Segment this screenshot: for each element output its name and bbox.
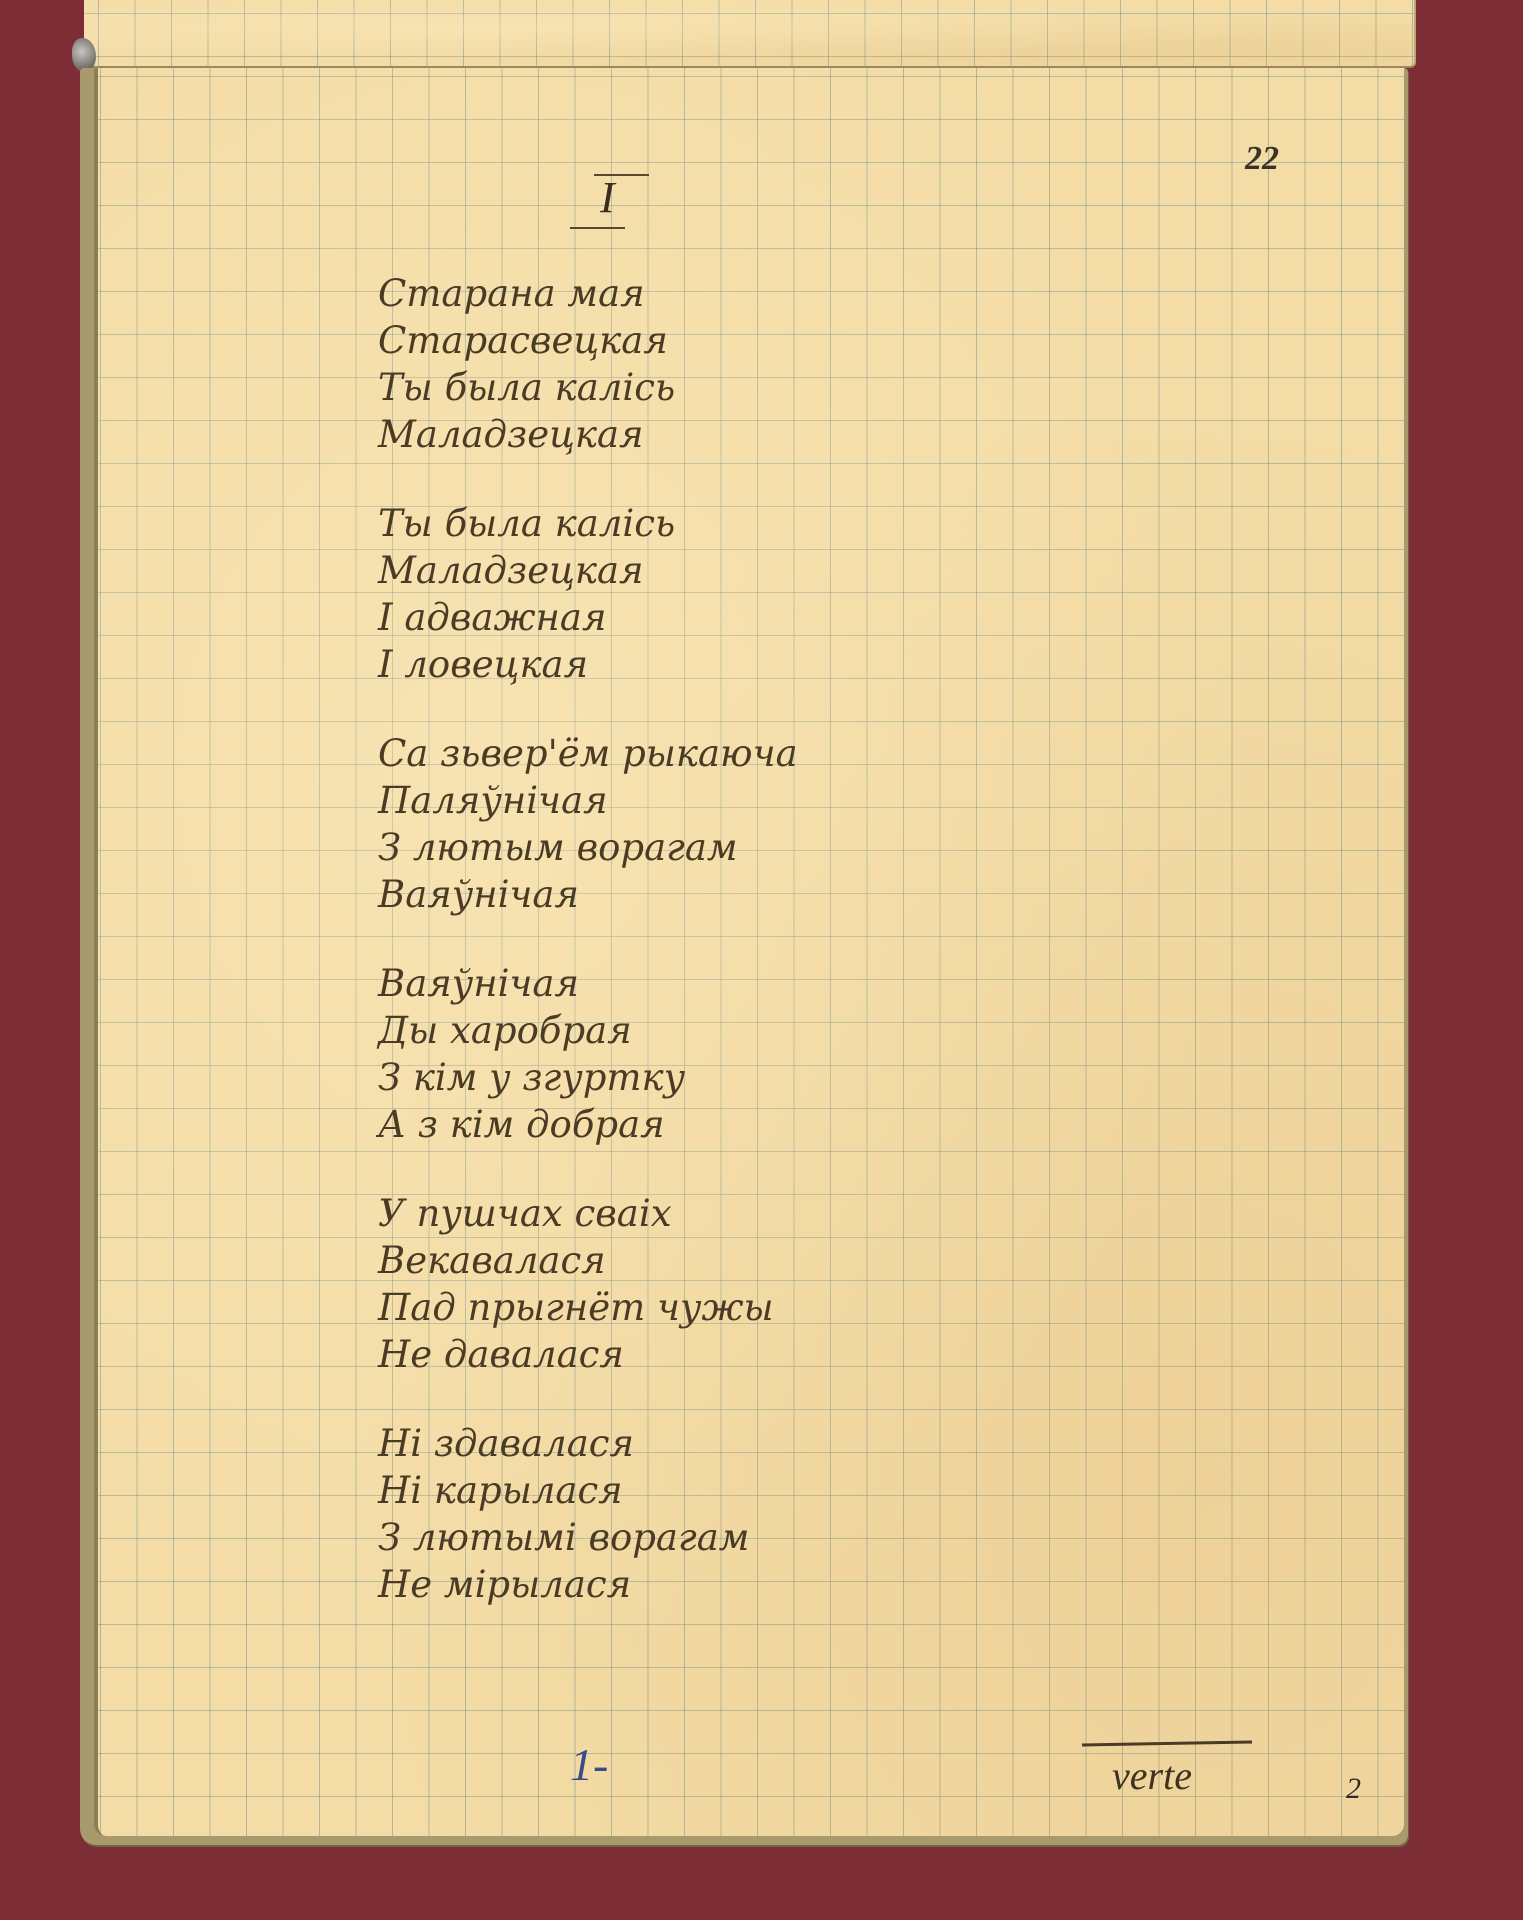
- binding-staple: [72, 38, 96, 72]
- poem-line: У пушчах сваіх: [378, 1190, 1138, 1237]
- blue-pencil-mark: 1-: [570, 1738, 608, 1791]
- stanza-6: Ні здавалася Ні карылася З лютымі ворага…: [378, 1420, 1138, 1608]
- poem-line: Ты была калісь: [378, 364, 1138, 411]
- poem-line: Са зьвер'ём рыкаюча: [378, 730, 1138, 777]
- folio-number: 22: [1245, 140, 1279, 178]
- poem-line: Не мірылася: [378, 1561, 1138, 1608]
- poem-body: Старана мая Старасвецкая Ты была калісь …: [378, 270, 1138, 1650]
- poem-line: Не давалася: [378, 1331, 1138, 1378]
- poem-line: Ваяўнічая: [378, 871, 1138, 918]
- stanza-3: Са зьвер'ём рыкаюча Паляўнічая З лютым в…: [378, 730, 1138, 918]
- poem-line: Ні карылася: [378, 1467, 1138, 1514]
- poem-line: І адважная: [378, 594, 1138, 641]
- poem-line: Маладзецкая: [378, 547, 1138, 594]
- previous-page-strip: [84, 0, 1416, 68]
- verte-note: verte: [1112, 1752, 1192, 1799]
- poem-line: І ловецкая: [378, 641, 1138, 688]
- stanza-5: У пушчах сваіх Векавалася Пад прыгнёт чу…: [378, 1190, 1138, 1378]
- poem-line: Ваяўнічая: [378, 960, 1138, 1007]
- poem-line: Ты была калісь: [378, 500, 1138, 547]
- poem-line: Векавалася: [378, 1237, 1138, 1284]
- poem-line: Ні здавалася: [378, 1420, 1138, 1467]
- page-number: 2: [1346, 1772, 1361, 1806]
- stanza-1: Старана мая Старасвецкая Ты была калісь …: [378, 270, 1138, 458]
- stanza-4: Ваяўнічая Ды харобрая З кім у згуртку А …: [378, 960, 1138, 1148]
- poem-line: Маладзецкая: [378, 411, 1138, 458]
- poem-line: З кім у згуртку: [378, 1054, 1138, 1101]
- poem-line: З лютымі ворагам: [378, 1514, 1138, 1561]
- poem-line: Ды харобрая: [378, 1007, 1138, 1054]
- section-numeral: I: [600, 172, 615, 223]
- poem-line: Паляўнічая: [378, 777, 1138, 824]
- poem-line: З лютым ворагам: [378, 824, 1138, 871]
- stanza-2: Ты была калісь Маладзецкая І адважная І …: [378, 500, 1138, 688]
- poem-line: А з кім добрая: [378, 1101, 1138, 1148]
- poem-line: Старасвецкая: [378, 317, 1138, 364]
- poem-line: Пад прыгнёт чужы: [378, 1284, 1138, 1331]
- poem-line: Старана мая: [378, 270, 1138, 317]
